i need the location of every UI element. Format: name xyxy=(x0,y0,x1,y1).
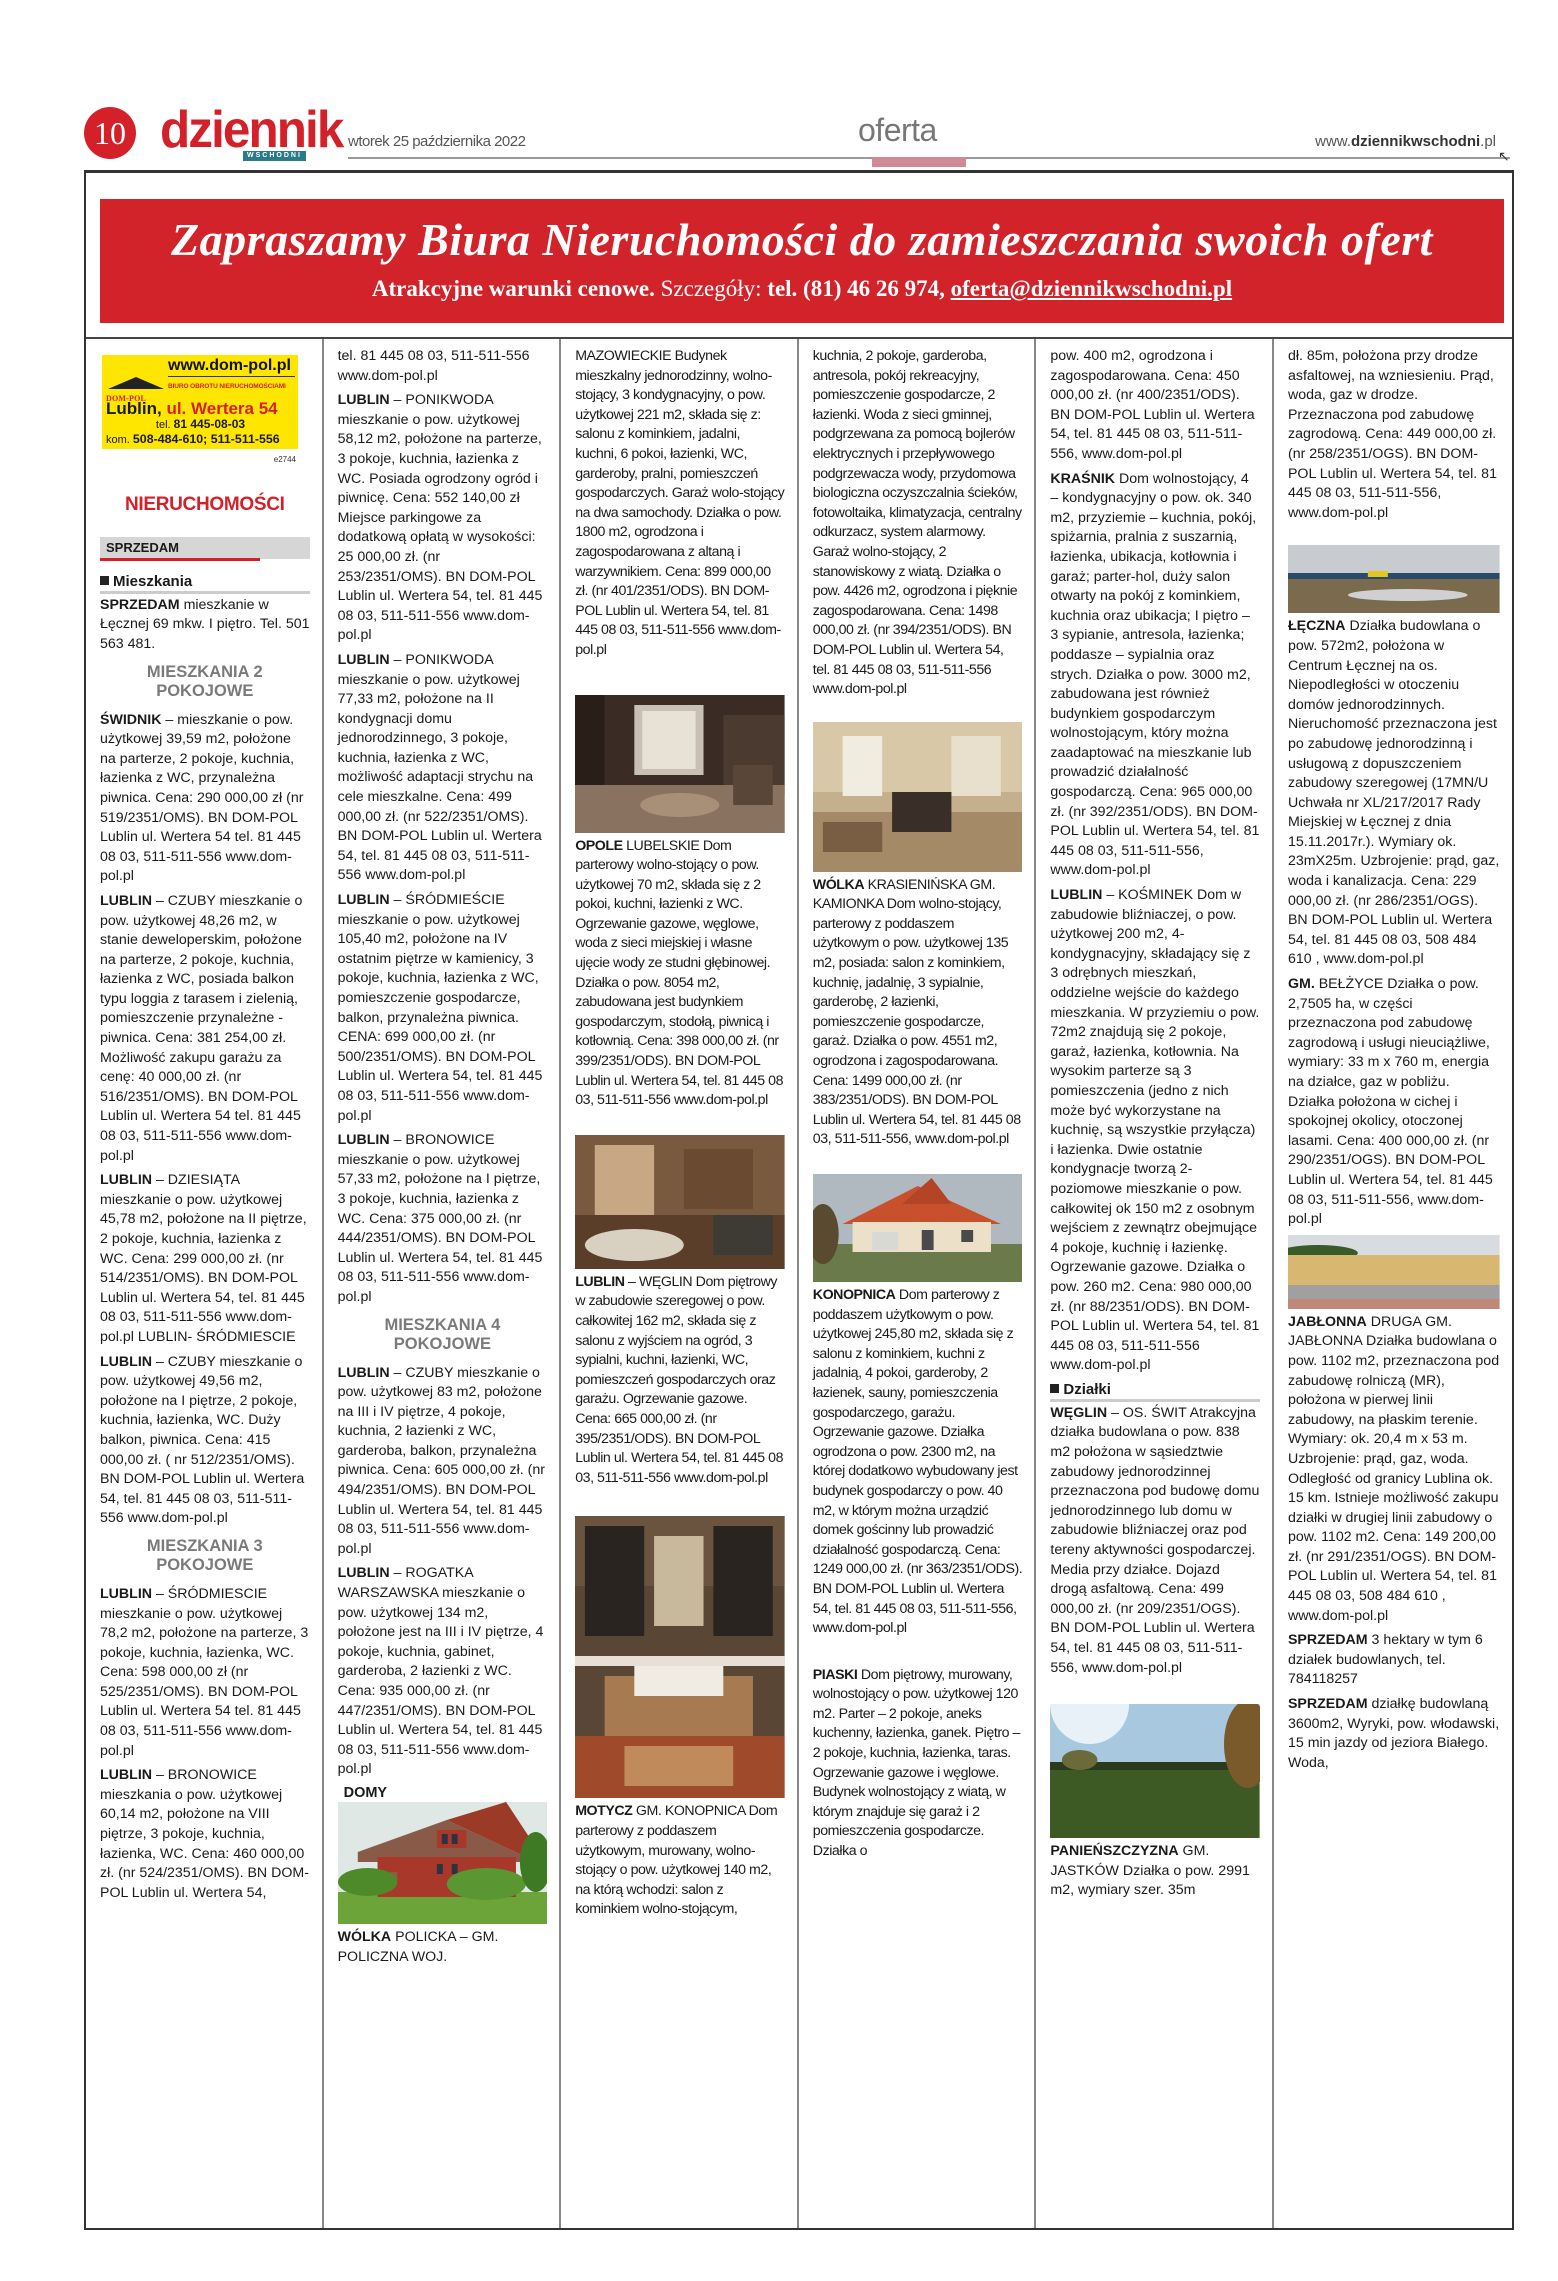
listing-text: – OS. ŚWIT Atrakcyjna działka budowlana … xyxy=(1050,1405,1259,1676)
listing-head: OPOLE xyxy=(575,838,622,854)
listing: tel. 81 445 08 03, 511-511-556 www.dom-p… xyxy=(338,347,548,386)
house-photo-wolka-policka xyxy=(338,1802,548,1924)
dom-pol-ad[interactable]: DOM-POL www.dom-pol.pl BIURO OBROTU NIER… xyxy=(102,355,298,449)
listing-head: KRAŚNIK xyxy=(1050,471,1115,487)
listing: SPRZEDAM 3 hektary w tym 6 działek budow… xyxy=(1288,1631,1500,1690)
listing: SPRZEDAM mieszkanie w Łęcznej 69 mkw. I … xyxy=(100,596,310,655)
site-name: dziennikwschodni xyxy=(1351,133,1480,150)
listing: pow. 400 m2, ogrodzona i zagospodarowana… xyxy=(1050,347,1260,465)
listing-text: – CZUBY mieszkanie o pow. użytkowej 49,5… xyxy=(100,1354,304,1527)
section-title: NIERUCHOMOŚCI xyxy=(100,495,310,515)
mouse-cursor-icon: ↖ xyxy=(1498,148,1510,165)
listing: kuchnia, 2 pokoje, garderoba, antresola,… xyxy=(813,347,1023,700)
listing-head: SPRZEDAM xyxy=(1288,1696,1368,1712)
listing-text: – DZIESIĄTA mieszkanie o pow. użytkowej … xyxy=(100,1172,307,1345)
listing-text: LUBELSKIE Dom parterowy wolno-stojący o … xyxy=(575,838,783,1109)
listing-head: LUBLIN xyxy=(575,1274,624,1290)
listing-text: tel. 81 445 08 03, 511-511-556 www.dom-p… xyxy=(338,348,530,384)
listing: LUBLIN – DZIESIĄTA mieszkanie o pow. uży… xyxy=(100,1171,310,1347)
listing: WÓLKA POLICKA – GM. POLICZNA WOJ. xyxy=(338,1928,548,1967)
listing-head: WÓLKA xyxy=(813,877,864,893)
listing-text: BEŁŻYCE Działka o pow. 2,7505 ha, w częś… xyxy=(1288,976,1493,1227)
banner-email-link[interactable]: oferta@dziennikwschodni.pl xyxy=(951,276,1232,301)
interior-photo-opole xyxy=(575,695,785,833)
subheading-4-rooms: MIESZKANIA 4 POKOJOWE xyxy=(338,1316,548,1354)
classifieds-columns: DOM-POL www.dom-pol.pl BIURO OBROTU NIER… xyxy=(86,337,1512,2228)
listing-text: Dom piętrowy, murowany, wolnostojący o p… xyxy=(813,1667,1020,1859)
listing-head: ŁĘCZNA xyxy=(1288,618,1346,634)
listing-head: LUBLIN xyxy=(338,392,390,408)
banner-sub-normal: Szczegóły: xyxy=(655,276,767,301)
plot-photo-jablonna xyxy=(1288,1235,1500,1309)
column-6: dł. 85m, położona przy drodze asfaltowej… xyxy=(1274,339,1512,2228)
listing-head: KONOPNICA xyxy=(813,1287,896,1303)
sell-heading-label: SPRZEDAM xyxy=(100,540,179,555)
masthead: 10 dziennik WSCHODNI wtorek 25 październ… xyxy=(0,0,1558,170)
listing-text: MAZOWIECKIE Budynek mieszkalny jednorodz… xyxy=(575,348,784,658)
listing-text: KRASIENIŃSKA GM. KAMIONKA Dom wolno-stoj… xyxy=(813,877,1021,1148)
listing-text: GM. KONOPNICA Dom parterowy z poddaszem … xyxy=(575,1803,777,1917)
listing: LUBLIN – ŚRÓDMIESCIE mieszkanie o pow. u… xyxy=(100,1585,310,1761)
listing-head: LUBLIN xyxy=(338,892,390,908)
ad-kom-number: 508-484-610; 511-511-556 xyxy=(133,432,280,446)
promo-banner: Zapraszamy Biura Nieruchomości do zamies… xyxy=(100,199,1504,323)
banner-subtitle: Atrakcyjne warunki cenowe. Szczegóły: te… xyxy=(100,273,1504,305)
column-5: pow. 400 m2, ogrodzona i zagospodarowana… xyxy=(1036,339,1274,2228)
listing-head: SPRZEDAM xyxy=(100,597,180,613)
listing-text: Działka budowlana o pow. 572m2, położona… xyxy=(1288,618,1499,967)
interior-photo-motycz xyxy=(575,1516,785,1798)
listing: WÓLKA KRASIENIŃSKA GM. KAMIONKA Dom woln… xyxy=(813,876,1023,1150)
site-suffix: .pl xyxy=(1480,133,1496,150)
column-2: tel. 81 445 08 03, 511-511-556 www.dom-p… xyxy=(324,339,562,2228)
listing: LUBLIN – WĘGLIN Dom piętrowy w zabudowie… xyxy=(575,1273,785,1489)
listing: MOTYCZ GM. KONOPNICA Dom parterowy z pod… xyxy=(575,1802,785,1920)
listing-text: – CZUBY mieszkanie o pow. użytkowej 48,2… xyxy=(100,893,302,1164)
listing-head: PANIEŃSZCZYZNA xyxy=(1050,1843,1178,1859)
listing-text: – ŚRÓDMIEŚCIE mieszkanie o pow. użytkowe… xyxy=(338,892,543,1124)
sell-heading: SPRZEDAM xyxy=(100,537,310,559)
column-1: DOM-POL www.dom-pol.pl BIURO OBROTU NIER… xyxy=(86,339,324,2228)
ad-mobile: kom. 508-484-610; 511-511-556 xyxy=(106,432,295,447)
ad-tagline: BIURO OBROTU NIERUCHOMOŚCIAMI xyxy=(168,376,295,397)
category-flats: Mieszkania xyxy=(100,573,310,594)
listing-text: kuchnia, 2 pokoje, garderoba, antresola,… xyxy=(813,348,1022,697)
listing: OPOLE LUBELSKIE Dom parterowy wolno-stoj… xyxy=(575,837,785,1111)
section-label: oferta xyxy=(858,112,937,149)
listing-text: Dom wolnostojący, 4 – kondygnacyjny o po… xyxy=(1050,471,1259,879)
site-link[interactable]: www.dziennikwschodni.pl xyxy=(1315,133,1496,150)
listing: GM. BEŁŻYCE Działka o pow. 2,7505 ha, w … xyxy=(1288,975,1500,1230)
listing-text: – PONIKWODA mieszkanie o pow. użytkowej … xyxy=(338,652,542,884)
ad-brand: DOM-POL xyxy=(106,389,146,409)
banner-phone: tel. (81) 46 26 974, xyxy=(767,276,945,301)
subheading-3-rooms: MIESZKANIA 3 POKOJOWE xyxy=(100,1537,310,1575)
listing-head: LUBLIN xyxy=(338,1132,390,1148)
category-label: Działki xyxy=(1063,1381,1111,1398)
interior-photo-wolka-krasieninska xyxy=(813,722,1023,872)
ad-tel-label: tel. xyxy=(156,419,171,431)
interior-photo-weglin xyxy=(575,1135,785,1269)
house-roof-icon: DOM-POL xyxy=(106,375,164,397)
listing: PIASKI Dom piętrowy, murowany, wolnostoj… xyxy=(813,1666,1023,1862)
listing-head: LUBLIN xyxy=(100,893,152,909)
listing-head: LUBLIN xyxy=(100,1767,152,1783)
listing-head: ŚWIDNIK xyxy=(100,712,161,728)
listing-text: – ŚRÓDMIESCIE mieszkanie o pow. użytkowe… xyxy=(100,1586,308,1759)
subheading-2-rooms: MIESZKANIA 2 POKOJOWE xyxy=(100,663,310,701)
listing: LUBLIN – CZUBY mieszkanie o pow. użytkow… xyxy=(100,892,310,1166)
banner-sub-bold: Atrakcyjne warunki cenowe. xyxy=(372,276,655,301)
spacer xyxy=(813,1644,1023,1666)
newspaper-logo-sub: WSCHODNI xyxy=(243,151,306,161)
listing-head: LUBLIN xyxy=(1050,887,1102,903)
plot-photo-leczna xyxy=(1288,545,1500,613)
listing: LUBLIN – CZUBY mieszkanie o pow. użytkow… xyxy=(338,1364,548,1560)
ad-url: www.dom-pol.pl xyxy=(168,357,295,375)
listing-head: LUBLIN xyxy=(100,1172,152,1188)
listing: LUBLIN – PONIKWODA mieszkanie o pow. uży… xyxy=(338,651,548,886)
listing-text: – PONIKWODA mieszkanie o pow. użytkowej … xyxy=(338,392,543,643)
listing-text: – CZUBY mieszkanie o pow. użytkowej 83 m… xyxy=(338,1365,545,1557)
house-photo-konopnica xyxy=(813,1174,1023,1282)
listing: PANIEŃSZCZYZNA GM. JASTKÓW Działka o pow… xyxy=(1050,1842,1260,1901)
listing-text: – BRONOWICE mieszkanie o pow. użytkowej … xyxy=(338,1132,543,1305)
listing: ŁĘCZNA Działka budowlana o pow. 572m2, p… xyxy=(1288,617,1500,970)
listing-head: JABŁONNA xyxy=(1288,1314,1367,1330)
listing: dł. 85m, położona przy drodze asfaltowej… xyxy=(1288,347,1500,523)
listing-text: – WĘGLIN Dom piętrowy w zabudowie szereg… xyxy=(575,1274,783,1486)
column-4: kuchnia, 2 pokoje, garderoba, antresola,… xyxy=(799,339,1037,2228)
listing: KONOPNICA Dom parterowy z poddaszem użyt… xyxy=(813,1286,1023,1639)
listing-head: LUBLIN xyxy=(100,1354,152,1370)
column-3: MAZOWIECKIE Budynek mieszkalny jednorodz… xyxy=(561,339,799,2228)
listing-text: – mieszkanie o pow. użytkowej 39,59 m2, … xyxy=(100,712,303,885)
listing-head: LUBLIN xyxy=(338,1365,390,1381)
listing-head: SPRZEDAM xyxy=(1288,1632,1368,1648)
listing-text: – KOŚMINEK Dom w zabudowie bliźniaczej, … xyxy=(1050,887,1259,1373)
listing-head: WĘGLIN xyxy=(1050,1405,1107,1421)
listing: MAZOWIECKIE Budynek mieszkalny jednorodz… xyxy=(575,347,785,661)
listing: LUBLIN – ROGATKA WARSZAWSKA mieszkanie o… xyxy=(338,1564,548,1780)
listing-head: LUBLIN xyxy=(100,1586,152,1602)
listing: WĘGLIN – OS. ŚWIT Atrakcyjna działka bud… xyxy=(1050,1404,1260,1678)
houses-heading: DOMY xyxy=(338,1785,548,1802)
issue-date: wtorek 25 października 2022 xyxy=(348,133,525,150)
newspaper-logo: dziennik xyxy=(160,104,342,156)
listing: ŚWIDNIK – mieszkanie o pow. użytkowej 39… xyxy=(100,711,310,887)
listing-text: Dom parterowy z poddaszem użytkowym o po… xyxy=(813,1287,1022,1636)
ad-tel-number: 81 445-08-03 xyxy=(174,417,245,431)
listing-head: WÓLKA xyxy=(338,1929,392,1945)
listing: KRAŚNIK Dom wolnostojący, 4 – kondygnacy… xyxy=(1050,470,1260,881)
listing: LUBLIN – PONIKWODA mieszkanie o pow. uży… xyxy=(338,391,548,646)
listing: LUBLIN – BRONOWICE mieszkanie o pow. uży… xyxy=(338,1131,548,1307)
listing-head: MOTYCZ xyxy=(575,1803,632,1819)
listing-head: GM. xyxy=(1288,976,1315,992)
listing: LUBLIN – KOŚMINEK Dom w zabudowie bliźni… xyxy=(1050,886,1260,1376)
listing-text: DRUGA GM. JABŁONNA Działka budowlana o p… xyxy=(1288,1314,1499,1624)
category-plots: Działki xyxy=(1050,1381,1260,1402)
listing: SPRZEDAM działkę budowlaną 3600m2, Wyryk… xyxy=(1288,1695,1500,1773)
plot-photo-panienszczyzna xyxy=(1050,1704,1260,1838)
listing-text: dł. 85m, położona przy drodze asfaltowej… xyxy=(1288,348,1497,521)
listing: JABŁONNA DRUGA GM. JABŁONNA Działka budo… xyxy=(1288,1313,1500,1627)
square-bullet-icon xyxy=(1050,1384,1059,1393)
listing-head: LUBLIN xyxy=(338,652,390,668)
square-bullet-icon xyxy=(100,576,109,585)
ad-phone: tel. 81 445-08-03 xyxy=(106,418,295,432)
listing-text: – ROGATKA WARSZAWSKA mieszkanie o pow. u… xyxy=(338,1565,544,1777)
banner-title: Zapraszamy Biura Nieruchomości do zamies… xyxy=(100,211,1504,269)
ad-street: ul. Wertera 54 xyxy=(166,399,277,418)
section-marker xyxy=(872,157,966,167)
listing-text: – BRONOWICE mieszkania o pow. użytkowej … xyxy=(100,1767,309,1901)
category-label: Mieszkania xyxy=(113,573,192,590)
listing: LUBLIN – BRONOWICE mieszkania o pow. uży… xyxy=(100,1766,310,1903)
site-prefix: www. xyxy=(1315,133,1351,150)
listing-head: PIASKI xyxy=(813,1667,858,1683)
listing-text: pow. 400 m2, ogrodzona i zagospodarowana… xyxy=(1050,348,1254,462)
listing: LUBLIN – ŚRÓDMIEŚCIE mieszkanie o pow. u… xyxy=(338,891,548,1126)
page-number: 10 xyxy=(84,107,136,159)
listing-head: LUBLIN xyxy=(338,1565,390,1581)
ad-kom-label: kom. xyxy=(106,434,130,446)
listing: LUBLIN – CZUBY mieszkanie o pow. użytkow… xyxy=(100,1353,310,1529)
ad-code: e2744 xyxy=(100,450,296,470)
